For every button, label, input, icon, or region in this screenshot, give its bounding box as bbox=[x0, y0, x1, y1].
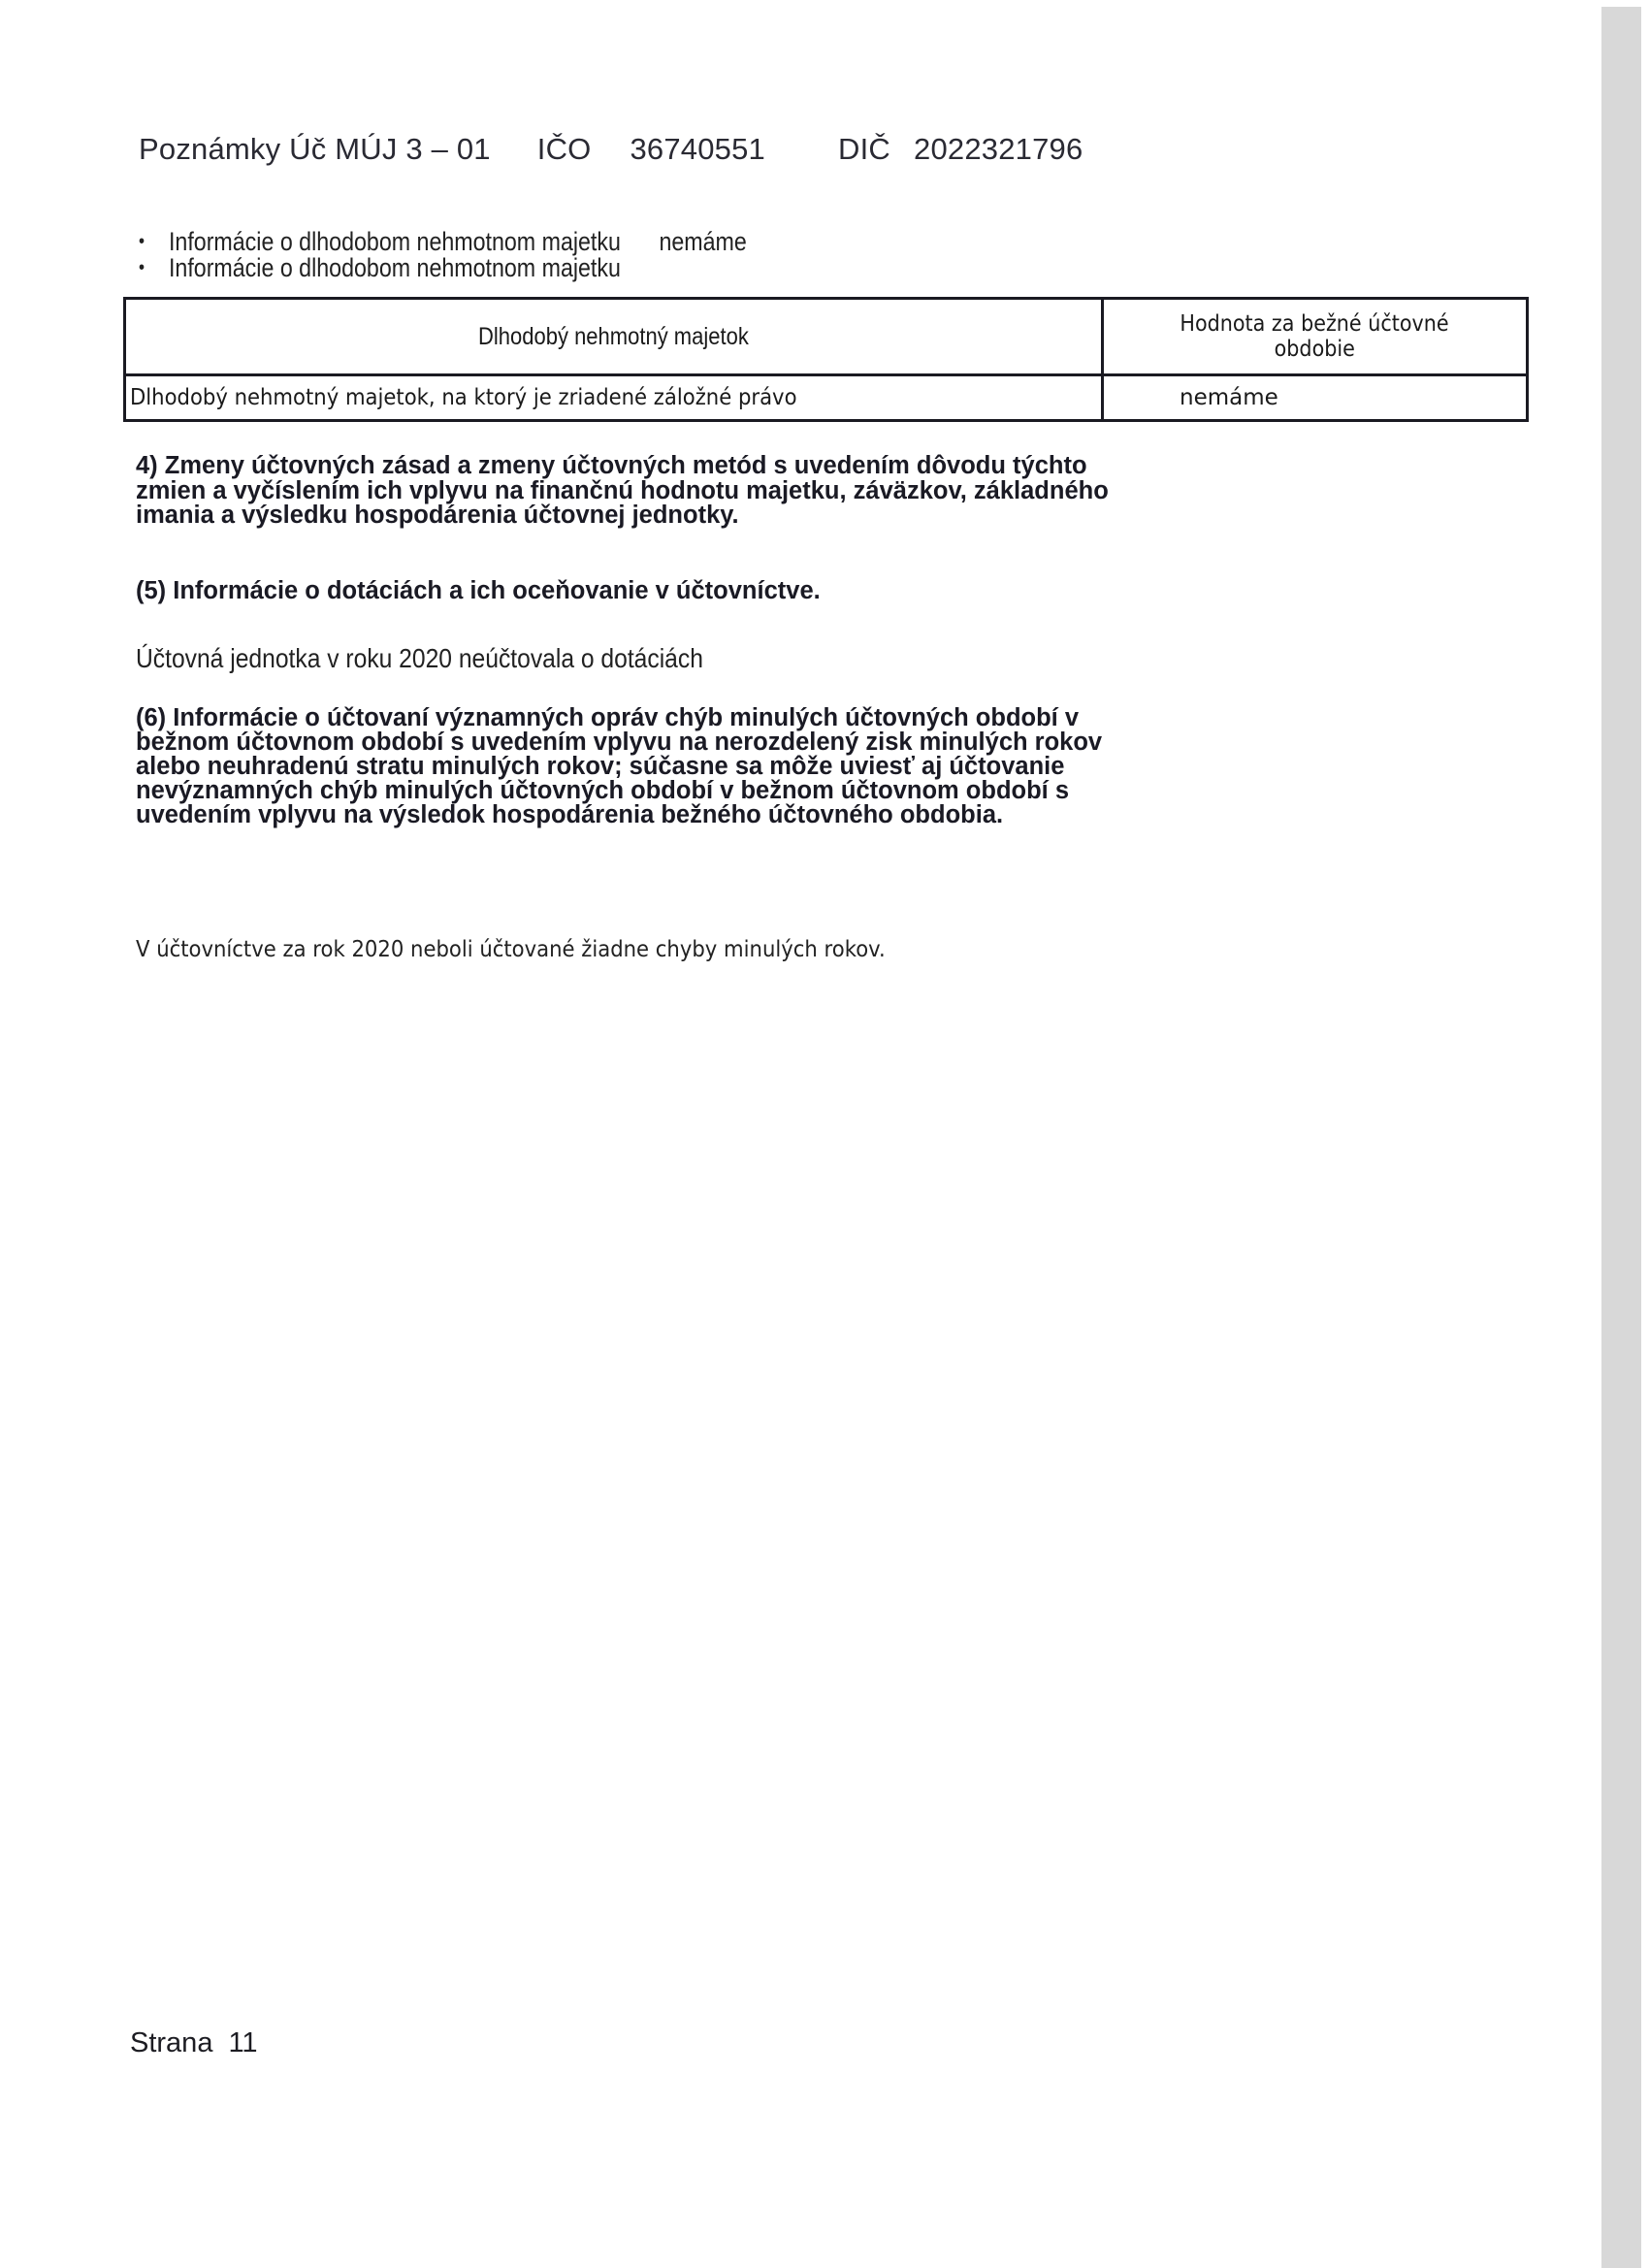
header-label-line: obdobie bbox=[1275, 337, 1355, 362]
page-label: Strana bbox=[130, 2027, 212, 2058]
table-cell: Dlhodobý nehmotný majetok, na ktorý je z… bbox=[125, 375, 1103, 421]
table-header-cell: Hodnota za bežné účtovné obdobie bbox=[1103, 299, 1528, 375]
section-6-heading: (6) Informácie o účtovaní významných opr… bbox=[136, 706, 1102, 827]
section-4-heading: 4) Zmeny účtovných zásad a zmeny účtovný… bbox=[136, 454, 1109, 529]
section-5-body: Účtovná jednotka v roku 2020 neúčtovala … bbox=[136, 643, 703, 674]
bullet-icon: • bbox=[139, 255, 169, 281]
ico-label: IČO bbox=[537, 132, 592, 167]
table-header-row: Dlhodobý nehmotný majetok Hodnota za bež… bbox=[125, 299, 1528, 375]
list-item: •Informácie o dlhodobom nehmotnom majetk… bbox=[139, 229, 747, 255]
header-label-line: Hodnota za bežné účtovné bbox=[1180, 311, 1449, 337]
table-row: Dlhodobý nehmotný majetok, na ktorý je z… bbox=[125, 375, 1528, 421]
document-header: Poznámky Úč MÚJ 3 – 01IČO36740551DIČ2022… bbox=[139, 132, 1083, 167]
document-title: Poznámky Úč MÚJ 3 – 01 bbox=[139, 132, 491, 167]
header-label: Dlhodobý nehmotný majetok bbox=[478, 323, 749, 351]
page-number: 11 bbox=[228, 2027, 257, 2058]
heading-line: imania a výsledku hospodárenia účtovnej … bbox=[136, 503, 1109, 529]
heading-line: bežnom účtovnom období s uvedením vplyvu… bbox=[136, 730, 1102, 755]
ico-value: 36740551 bbox=[630, 132, 765, 167]
heading-line: (6) Informácie o účtovaní významných opr… bbox=[136, 706, 1102, 730]
dic-value: 2022321796 bbox=[914, 132, 1083, 167]
bullet-label: Informácie o dlhodobom nehmotnom majetku bbox=[169, 227, 621, 256]
bullet-list: •Informácie o dlhodobom nehmotnom majetk… bbox=[139, 229, 747, 281]
list-item: •Informácie o dlhodobom nehmotnom majetk… bbox=[139, 255, 747, 281]
bullet-label: Informácie o dlhodobom nehmotnom majetku bbox=[169, 253, 621, 282]
bullet-icon: • bbox=[139, 229, 169, 255]
cell-text: nemáme bbox=[1180, 385, 1278, 410]
cell-text: Dlhodobý nehmotný majetok, na ktorý je z… bbox=[130, 385, 797, 410]
heading-line: 4) Zmeny účtovných zásad a zmeny účtovný… bbox=[136, 454, 1109, 479]
heading-line: alebo neuhradenú stratu minulých rokov; … bbox=[136, 755, 1102, 779]
heading-line: zmien a vyčíslením ich vplyvu na finančn… bbox=[136, 479, 1109, 504]
page-footer: Strana11 bbox=[130, 2027, 258, 2059]
section-6-body: V účtovníctve za rok 2020 neboli účtovan… bbox=[136, 937, 886, 962]
heading-line: nevýznamných chýb minulých účtovných obd… bbox=[136, 779, 1102, 803]
table-cell: nemáme bbox=[1103, 375, 1528, 421]
section-5-heading: (5) Informácie o dotáciách a ich oceňova… bbox=[136, 579, 821, 604]
dic-label: DIČ bbox=[838, 132, 890, 167]
table-header-cell: Dlhodobý nehmotný majetok bbox=[125, 299, 1103, 375]
intangible-assets-table: Dlhodobý nehmotný majetok Hodnota za bež… bbox=[123, 297, 1529, 422]
scan-edge-strip bbox=[1601, 7, 1641, 2268]
heading-line: uvedením vplyvu na výsledok hospodárenia… bbox=[136, 803, 1102, 827]
bullet-value: nemáme bbox=[659, 227, 746, 256]
